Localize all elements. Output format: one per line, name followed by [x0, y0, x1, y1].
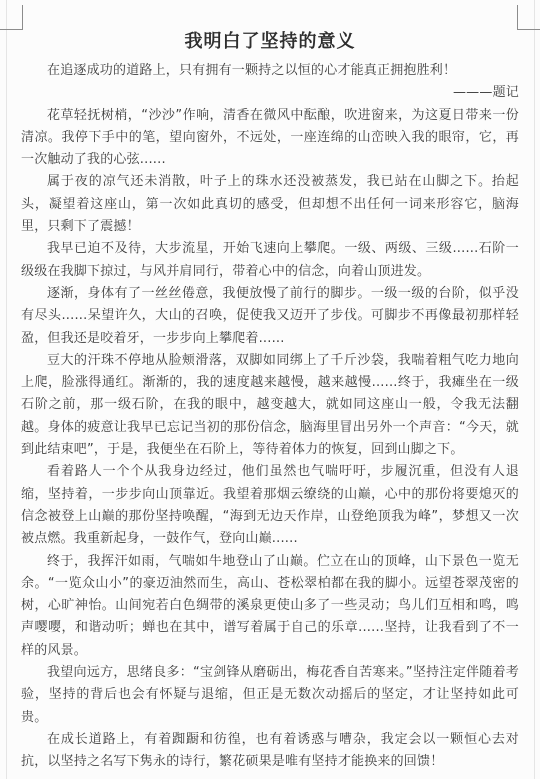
body-paragraph: 看着路人一个个从我身边经过，他们虽然也气喘吁吁，步履沉重，但没有人退缩，坚持着，… — [21, 461, 519, 550]
crop-mark-top-left-icon — [0, 5, 23, 30]
body-paragraph: 终于，我挥汗如雨，气喘如牛地登山了山巅。伫立在山的顶峰，山下景色一览无余。“一览… — [21, 551, 519, 662]
body-paragraph: 在成长道路上，有着踟蹰和彷徨，也有着诱惑与嘈杂，我定会以一颗恒心去对抗，以坚持之… — [21, 729, 519, 774]
body-paragraph: 豆大的汗珠不停地从脸颊滑落，双脚如同绑上了千斤沙袋，我喘着粗气吃力地向上爬，脸涨… — [21, 350, 519, 461]
body-paragraph: 我早已迫不及待，大步流星，开始飞速向上攀爬。一级、两级、三级......石阶一级… — [21, 238, 519, 283]
document-page: 我明白了坚持的意义 在追逐成功的道路上，只有拥有一颗持之以恒的心才能真正拥抱胜利… — [0, 0, 540, 779]
body-paragraph: 属于夜的凉气还未消散，叶子上的珠水还没被蒸发，我已站在山脚之下。抬起头，凝望着这… — [21, 171, 519, 238]
body-paragraph: 花草轻抚树梢，“沙沙”作响，清香在微风中酝酿，吹进窗来，为这夏日带来一份清凉。我… — [21, 105, 519, 172]
essay-content: 我明白了坚持的意义 在追逐成功的道路上，只有拥有一颗持之以恒的心才能真正拥抱胜利… — [21, 28, 519, 774]
essay-title: 我明白了坚持的意义 — [21, 28, 519, 55]
epigraph-attribution: ———题记 — [21, 82, 519, 104]
page-right-edge-line — [534, 0, 535, 779]
crop-mark-top-right-icon — [517, 5, 540, 30]
epigraph-text: 在追逐成功的道路上，只有拥有一颗持之以恒的心才能真正拥抱胜利！ — [21, 60, 519, 82]
body-paragraph: 逐渐，身体有了一丝丝倦意，我便放慢了前行的脚步。一级一级的台阶，似乎没有尽头..… — [21, 283, 519, 350]
page-left-edge-line — [6, 0, 7, 779]
body-paragraph: 我望向远方，思绪良多：“宝剑锋从磨砺出，梅花香自苦寒来。”坚持注定伴随着考验，坚… — [21, 662, 519, 729]
